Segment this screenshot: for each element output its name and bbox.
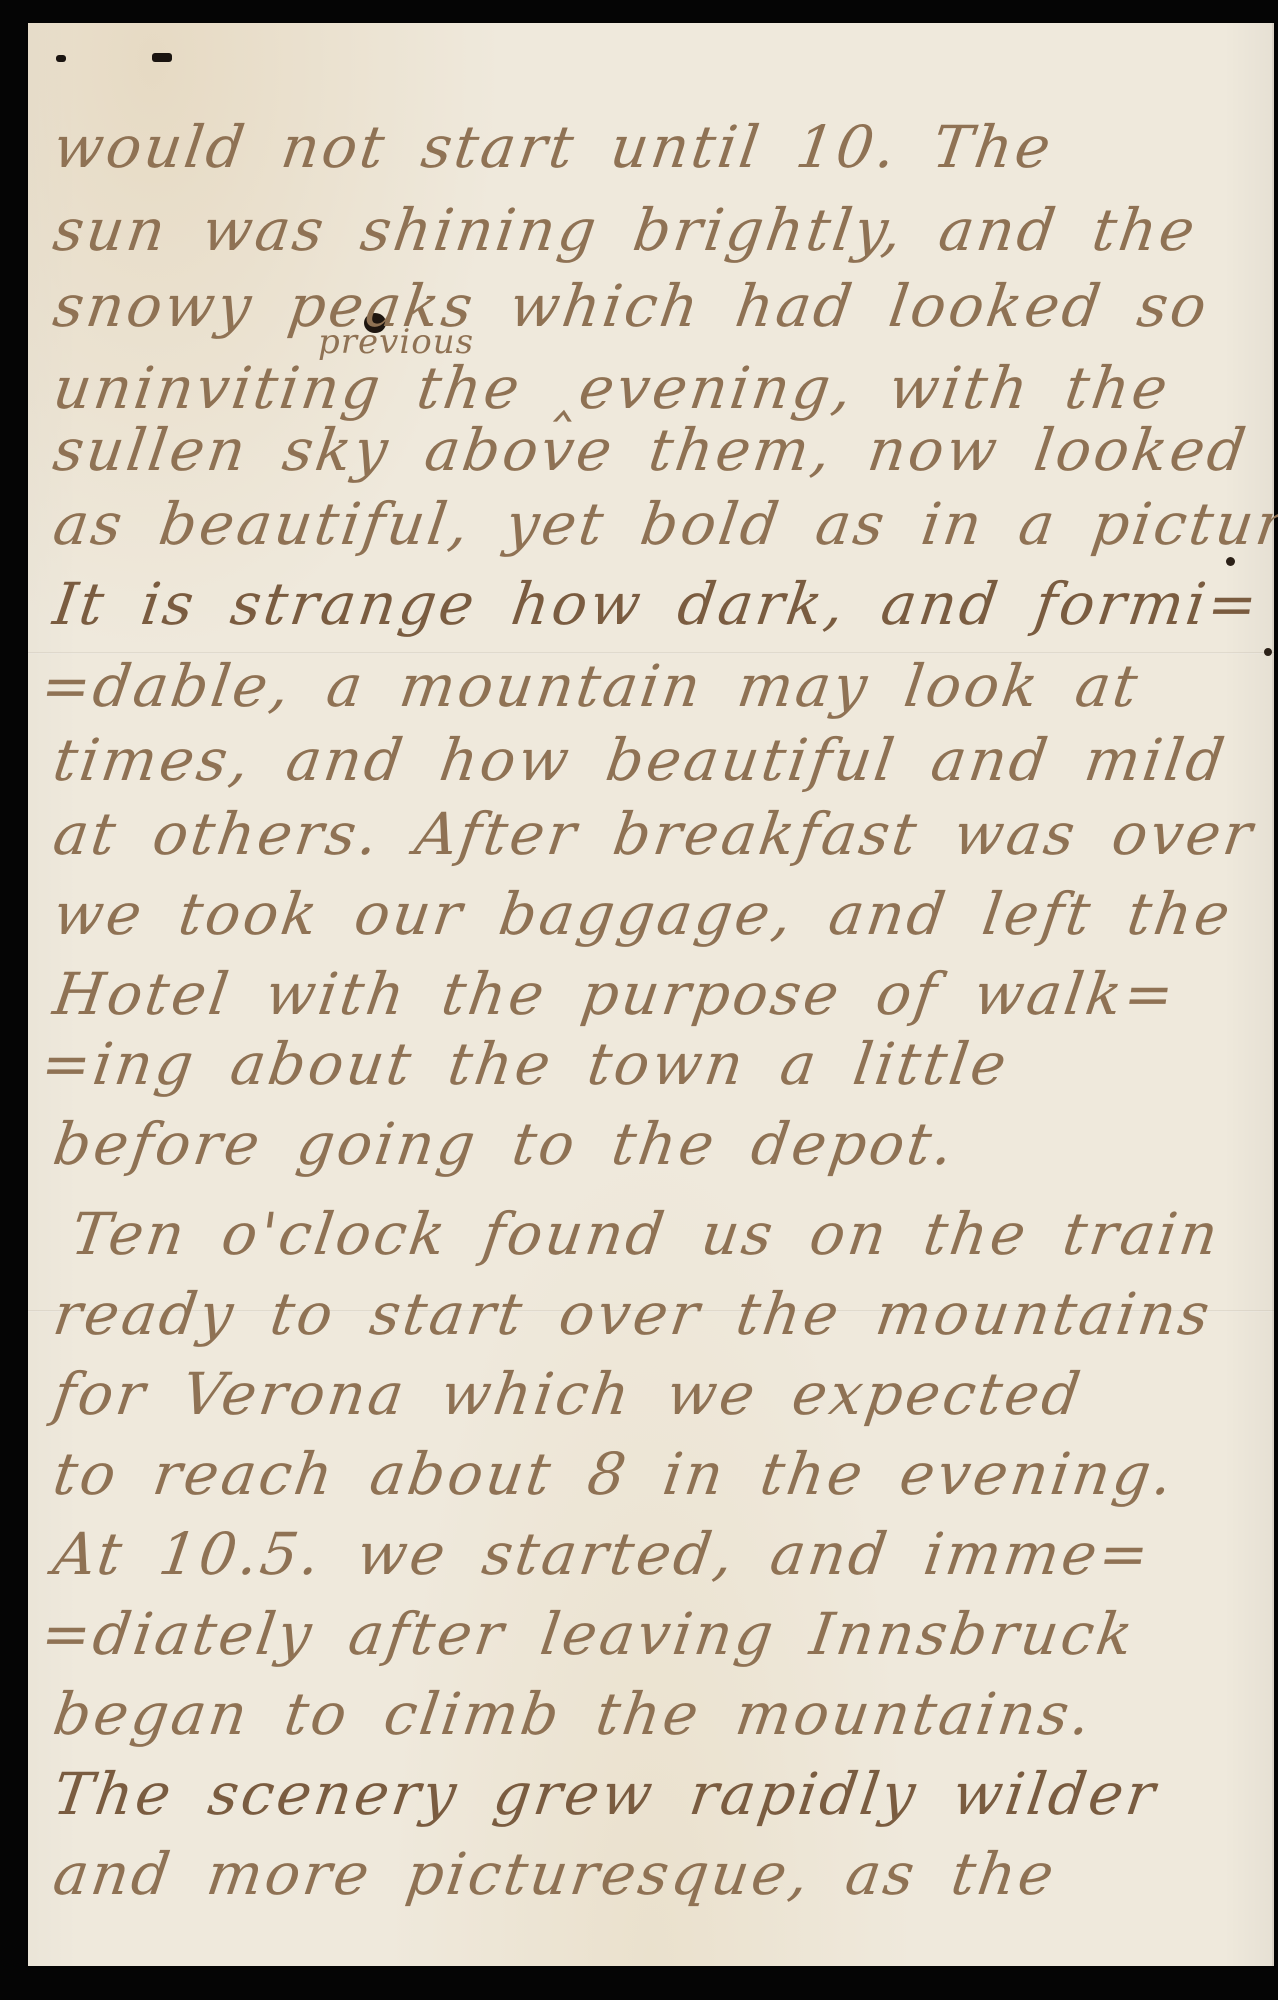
text-line: The scenery grew rapidly wilder (50, 1765, 1161, 1823)
text-line: to reach about 8 in the evening. (50, 1445, 1179, 1503)
text-line: sun was shining brightly, and the (50, 201, 1201, 259)
text-line: we took our baggage, and left the (50, 885, 1236, 943)
text-line: =diately after leaving Innsbruck (38, 1605, 1139, 1663)
text-line: Hotel with the purpose of walk= (50, 965, 1180, 1023)
binding-hole-right (152, 53, 172, 62)
text-line: =ing about the town a little (38, 1035, 1013, 1093)
text-line: would not start until 10. The (50, 118, 1057, 176)
text-line: =dable, a mountain may look at (38, 657, 1144, 715)
text-line: sullen sky above them, now looked (50, 421, 1252, 479)
text-line: at others. After breakfast was over (50, 805, 1258, 863)
ink-blot (1264, 648, 1272, 656)
text-line: times, and how beautiful and mild (50, 731, 1231, 789)
text-line: ready to start over the mountains (50, 1285, 1216, 1343)
text-line: snowy peaks which had looked so (50, 277, 1213, 335)
letter-page: previous would not start until 10. The s… (28, 23, 1274, 1966)
text-line: and more picturesque, as the (50, 1845, 1060, 1903)
text-line: before going to the depot. (50, 1115, 959, 1173)
text-line: began to climb the mountains. (50, 1685, 1097, 1743)
binding-hole-left (56, 55, 66, 62)
text-line: uninviting the ‸evening, with the (50, 359, 1174, 417)
text-line: for Verona which we expected (50, 1365, 1087, 1423)
text-line: At 10.5. we started, and imme= (50, 1525, 1155, 1583)
text-line: It is strange how dark, and formi= (50, 575, 1264, 633)
page-edge-shadow (1272, 23, 1274, 1966)
text-line: Ten o'clock found us on the train (68, 1205, 1224, 1263)
text-line: as beautiful, yet bold as in a picture. (50, 495, 1278, 553)
ink-blot (1226, 557, 1235, 566)
